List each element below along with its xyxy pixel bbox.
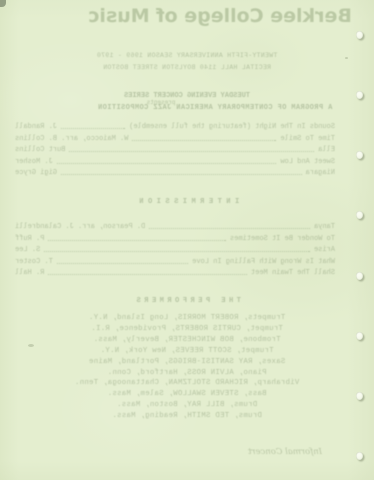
program-section-2: Tanya D. Pearson, arr. J. Calandrelli To… — [15, 220, 335, 277]
piece-title: To Wonder Be It Sometimes — [230, 235, 335, 243]
punch-hole — [356, 31, 363, 39]
piece-title: Shall The Twain Meet — [251, 269, 335, 277]
punch-hole — [356, 211, 363, 219]
intermission-heading: INTERMISSION — [0, 198, 374, 206]
handwritten-note: Informal Concert — [240, 447, 330, 457]
program-item: To Wonder Be It Sometimes P. Ruff — [15, 231, 335, 242]
dotted-leader — [44, 251, 310, 252]
composer-name: T. Coster — [15, 258, 53, 266]
program-section-1: Sounds In The Night (featuring the full … — [15, 120, 335, 177]
program-item: Arise S. Lee — [15, 243, 335, 254]
season-line: TWENTY-FIFTH ANNIVERSARY SEASON 1969 - 1… — [0, 52, 374, 59]
punch-hole — [356, 452, 363, 460]
college-logo-text: Berklee College of Music — [33, 5, 374, 27]
smudge-mark — [345, 57, 348, 59]
dotted-leader — [132, 140, 276, 141]
performer-line: Trumpets, ROBERT MORRIS, Long Island, N.… — [0, 313, 374, 324]
piece-title: What Is Wrong With Falling In Love — [192, 258, 335, 266]
piece-title: Time To Smile — [280, 135, 335, 143]
dotted-leader — [57, 263, 188, 264]
composer-name: S. Lee — [15, 246, 40, 254]
composer-name: R. Hall — [15, 269, 44, 277]
performer-line: Drums, BILL RAY, Boston, Mass. — [0, 400, 374, 411]
composer-name: Gigi Gryce — [15, 169, 57, 177]
dotted-leader — [149, 228, 310, 229]
piece-title: Sweet And Low — [280, 158, 335, 166]
program-item: Ella Burt Collins — [15, 143, 335, 154]
piece-title: Arise — [314, 246, 335, 254]
performer-line: Trumpet, CURTIS ROBERTS, Providence, R.I… — [0, 324, 374, 335]
dotted-leader — [61, 174, 302, 175]
dotted-leader — [48, 274, 247, 275]
performers-list: Trumpets, ROBERT MORRIS, Long Island, N.… — [0, 313, 374, 422]
piece-title: Ella — [318, 146, 335, 154]
performer-line: Saxes, RAY SANTISI-BRIGGS, Portland, Mai… — [0, 357, 374, 368]
dotted-leader — [69, 151, 314, 152]
punch-hole — [356, 151, 363, 159]
program-item: Sounds In The Night (featuring the full … — [15, 120, 335, 131]
program-item: What Is Wrong With Falling In Love T. Co… — [15, 254, 335, 265]
program-item: Sweet And Low J. Mosher — [15, 154, 335, 165]
scanned-program-back-page: Berklee College of Music TWENTY-FIFTH AN… — [0, 0, 374, 480]
performer-line: Vibraharp, RICHARD STOLTZMAN, Chattanoog… — [0, 378, 374, 389]
smudge-mark — [28, 344, 34, 347]
punch-hole — [356, 332, 363, 340]
performer-line: Bass, STEVEN SWALLOW, Salem, Mass. — [0, 389, 374, 400]
bleedthrough-layer: Berklee College of Music TWENTY-FIFTH AN… — [0, 0, 374, 480]
venue-line: RECITAL HALL 1140 BOYLSTON STREET BOSTON — [0, 64, 374, 71]
composer-name: J. Mosher — [15, 158, 53, 166]
performer-line: Trumpet, SCOTT REEVES, New York, N.Y. — [0, 346, 374, 357]
composer-name: P. Ruff — [15, 235, 44, 243]
program-item: Time To Smile W. Maiocco, arr. B. Collin… — [15, 131, 335, 142]
piece-title: Tanya — [314, 223, 335, 231]
performer-line: Drums, TED SMITH, Reading, Mass. — [0, 411, 374, 422]
program-item: Shall The Twain Meet R. Hall — [15, 266, 335, 277]
punch-hole — [356, 91, 363, 99]
composer-name: Burt Collins — [15, 146, 65, 154]
dotted-leader — [48, 240, 226, 241]
program-title-line: A PROGRAM OF CONTEMPORARY AMERICAN JAZZ … — [28, 104, 374, 112]
performer-line: Trombone, BOB WINCHESTER, Beverly, Mass. — [0, 335, 374, 346]
piece-title: Sounds In The Night (featuring the full … — [129, 123, 335, 131]
performers-heading: THE PERFORMERS — [0, 297, 374, 305]
composer-name: D. Pearson, arr. J. Calandrelli — [15, 223, 145, 231]
program-item: Niagara Gigi Gryce — [15, 166, 335, 177]
composer-name: J. Randall — [15, 123, 57, 131]
composer-name: W. Maiocco, arr. B. Collins — [15, 135, 128, 143]
dotted-leader — [57, 163, 277, 164]
program-item: Tanya D. Pearson, arr. J. Calandrelli — [15, 220, 335, 231]
punch-hole — [356, 392, 363, 400]
performer-line: Piano, ALVIN ROSS, Hartford, Conn. — [0, 368, 374, 379]
piece-title: Niagara — [306, 169, 335, 177]
dotted-leader — [61, 128, 125, 129]
punch-hole — [356, 272, 363, 280]
